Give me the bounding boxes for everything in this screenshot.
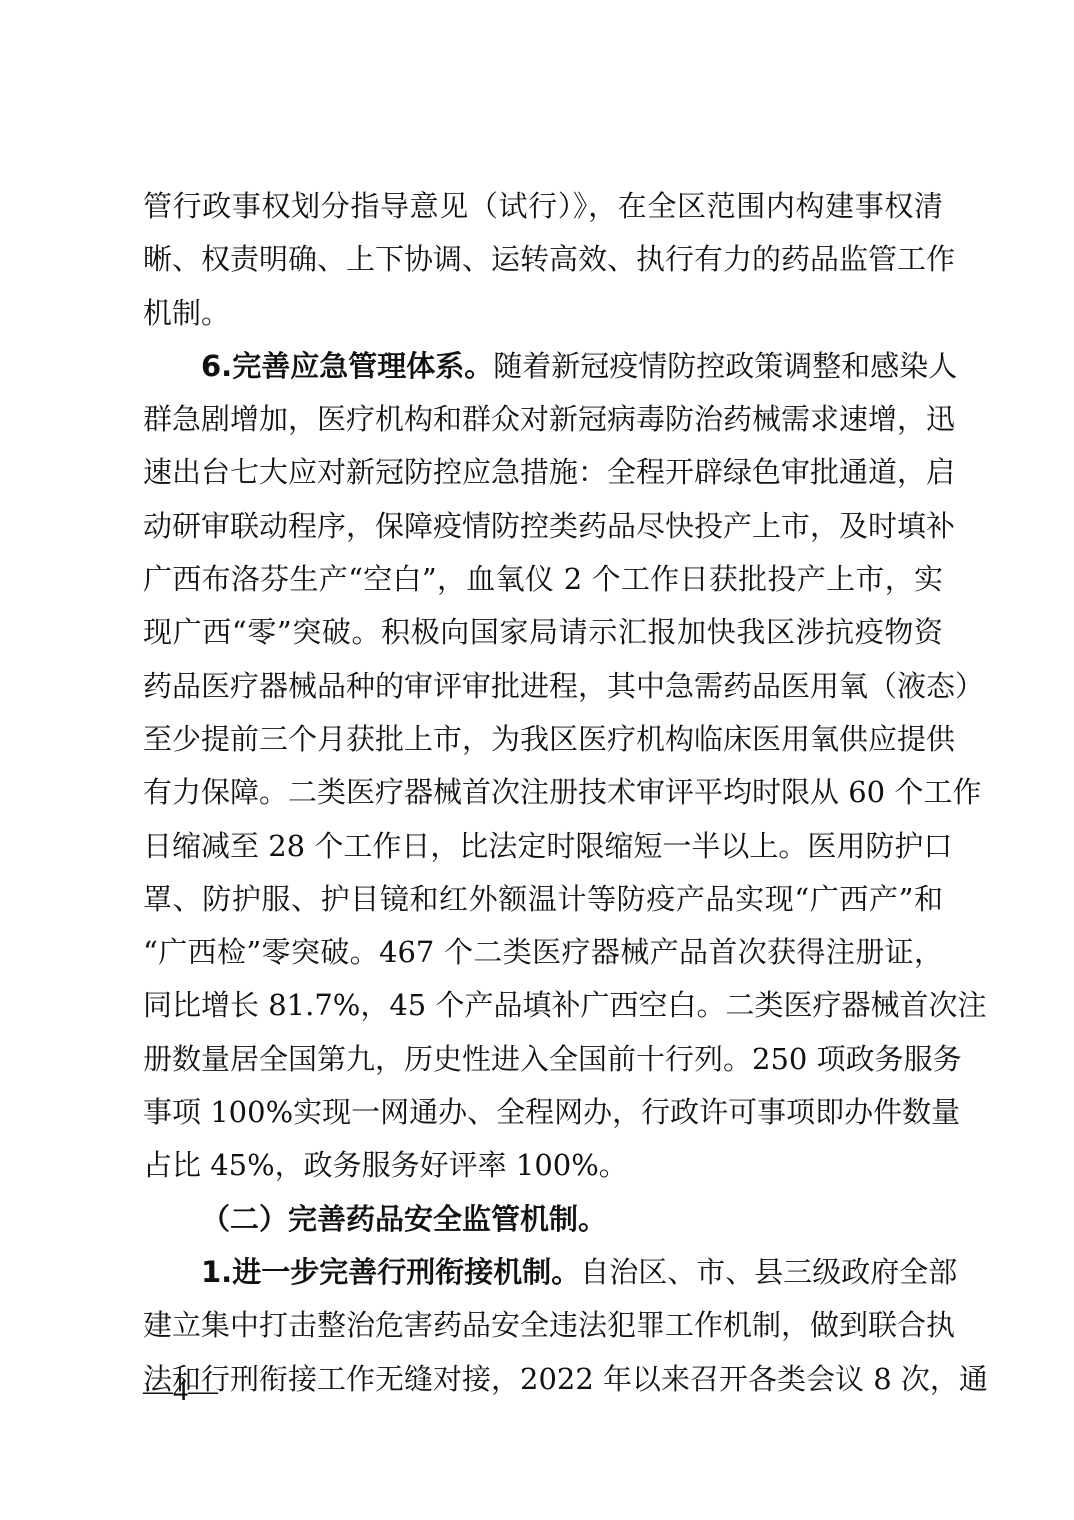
text-line-17: 册数量居全国第九，历史性进入全国前十行列。250 项政务服务 <box>143 1033 943 1086</box>
page-number: —4— <box>143 1374 218 1408</box>
text-line-7: 动研审联动程序，保障疫情防控类药品尽快投产上市，及时填补 <box>143 500 943 553</box>
text-line-12: 有力保障。二类医疗器械首次注册技术审评平均时限从 60 个工作 <box>143 766 943 819</box>
body-text: 管行政事权划分指导意见（试行）》，在全区范围内构建事权清 晰、权责明确、上下协调… <box>143 180 943 1406</box>
text-line-1: 管行政事权划分指导意见（试行）》，在全区范围内构建事权清 <box>143 180 943 233</box>
text-line-8: 广西布洛芬生产“空白”，血氧仪 2 个工作日获批投产上市，实 <box>143 553 943 606</box>
text-line-9: 现广西“零”突破。积极向国家局请示汇报加快我区涉抗疫物资 <box>143 606 943 659</box>
text-line-13: 日缩减至 28 个工作日，比法定时限缩短一半以上。医用防护口 <box>143 820 943 873</box>
text-line-14: 罩、防护服、护目镜和红外额温计等防疫产品实现“广西产”和 <box>143 873 943 926</box>
heading-bold: 6.完善应急管理体系。 <box>201 349 493 383</box>
text-line-3: 机制。 <box>143 287 943 340</box>
heading-bold: 1.进一步完善行刑衔接机制。 <box>201 1255 580 1289</box>
section-heading-6: 6.完善应急管理体系。随着新冠疫情防控政策调整和感染人 <box>143 340 943 393</box>
document-page: 管行政事权划分指导意见（试行）》，在全区范围内构建事权清 晰、权责明确、上下协调… <box>0 0 1074 1520</box>
text-line-18: 事项 100%实现一网通办、全程网办，行政许可事项即办件数量 <box>143 1086 943 1139</box>
text-line-6: 速出台七大应对新冠防控应急措施：全程开辟绿色审批通道，启 <box>143 446 943 499</box>
text-line-2: 晰、权责明确、上下协调、运转高效、执行有力的药品监管工作 <box>143 233 943 286</box>
text-line-5: 群急剧增加，医疗机构和群众对新冠病毒防治药械需求速增，迅 <box>143 393 943 446</box>
text-line-22: 建立集中打击整治危害药品安全违法犯罪工作机制，做到联合执 <box>143 1299 943 1352</box>
text-line-23: 法和行刑衔接工作无缝对接，2022 年以来召开各类会议 8 次，通 <box>143 1353 943 1406</box>
section-heading-2: （二）完善药品安全监管机制。 <box>143 1193 943 1246</box>
text-line-16: 同比增长 81.7%，45 个产品填补广西空白。二类医疗器械首次注 <box>143 979 943 1032</box>
text-line-19: 占比 45%，政务服务好评率 100%。 <box>143 1139 943 1192</box>
text-line-15: “广西检”零突破。467 个二类医疗器械产品首次获得注册证， <box>143 926 943 979</box>
text-line-11: 至少提前三个月获批上市，为我区医疗机构临床医用氧供应提供 <box>143 713 943 766</box>
section-heading-1: 1.进一步完善行刑衔接机制。自治区、市、县三级政府全部 <box>143 1246 943 1299</box>
heading-bold: （二）完善药品安全监管机制。 <box>201 1202 607 1236</box>
text-line-10: 药品医疗器械品种的审评审批进程，其中急需药品医用氧（液态） <box>143 660 943 713</box>
